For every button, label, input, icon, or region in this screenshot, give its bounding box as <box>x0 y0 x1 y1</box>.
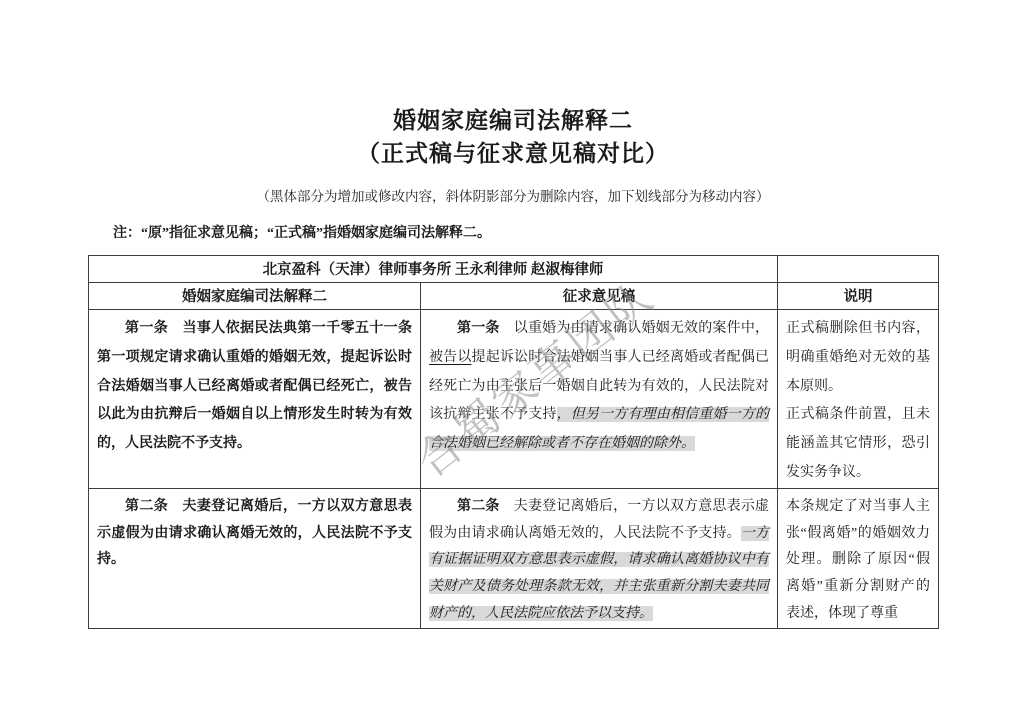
document-page: { "page": { "title_line1": "婚姻家庭编司法解释二",… <box>0 0 1024 724</box>
article2-notes-cell: 本条规定了对当事人主张“假离婚”的婚姻效力处理。删除了原因“假离婚”重新分割财产… <box>778 488 939 628</box>
article1-draft-cell: 第一条 以重婚为由请求确认婚姻无效的案件中，被告以提起诉讼时合法婚姻当事人已经离… <box>421 310 778 489</box>
article1-official-cell: 第一条 当事人依据民法典第一千零五十一条第一项规定请求确认重婚的婚姻无效，提起诉… <box>89 310 421 489</box>
page-title: 婚姻家庭编司法解释二 （正式稿与征求意见稿对比） <box>88 104 938 170</box>
article1-official-text: 第一条 当事人依据民法典第一千零五十一条第一项规定请求确认重婚的婚姻无效，提起诉… <box>97 315 412 459</box>
column-header-notes: 说明 <box>778 283 939 310</box>
table-row-article2: 第二条 夫妻登记离婚后，一方以双方意思表示虚假为由请求确认离婚无效的，人民法院不… <box>89 488 939 628</box>
article2-official-cell: 第二条 夫妻登记离婚后，一方以双方意思表示虚假为由请求确认离婚无效的，人民法院不… <box>89 488 421 628</box>
column-header-official: 婚姻家庭编司法解释二 <box>89 283 421 310</box>
article1-notes-cell: 正式稿删除但书内容，明确重婚绝对无效的基本原则。正式稿条件前置，且未能涵盖其它情… <box>778 310 939 489</box>
page-content: 婚姻家庭编司法解释二 （正式稿与征求意见稿对比） （黑体部分为增加或修改内容，斜… <box>88 0 938 629</box>
table-row-article1: 第一条 当事人依据民法典第一千零五十一条第一项规定请求确认重婚的婚姻无效，提起诉… <box>89 310 939 489</box>
article2-official-text: 第二条 夫妻登记离婚后，一方以双方意思表示虚假为由请求确认离婚无效的，人民法院不… <box>97 494 412 574</box>
firm-header-cell: 北京盈科（天津）律师事务所 王永利律师 赵淑梅律师 <box>89 256 778 283</box>
column-header-draft: 征求意见稿 <box>421 283 778 310</box>
article2-draft-cell: 第二条 夫妻登记离婚后，一方以双方意思表示虚假为由请求确认离婚无效的，人民法院不… <box>421 488 778 628</box>
page-title-line1: 婚姻家庭编司法解释二 <box>88 104 938 137</box>
comparison-table: 北京盈科（天津）律师事务所 王永利律师 赵淑梅律师 婚姻家庭编司法解释二 征求意… <box>88 255 939 629</box>
page-title-line2: （正式稿与征求意见稿对比） <box>88 137 938 170</box>
article2-draft-text: 第二条 夫妻登记离婚后，一方以双方意思表示虚假为由请求确认离婚无效的，人民法院不… <box>429 494 769 628</box>
firm-header-empty-cell <box>778 256 939 283</box>
firm-header-row: 北京盈科（天津）律师事务所 王永利律师 赵淑梅律师 <box>89 256 939 283</box>
column-header-row: 婚姻家庭编司法解释二 征求意见稿 说明 <box>89 283 939 310</box>
formatting-legend: （黑体部分为增加或修改内容，斜体阴影部分为删除内容，加下划线部分为移动内容） <box>88 185 938 205</box>
article1-draft-text: 第一条 以重婚为由请求确认婚姻无效的案件中，被告以提起诉讼时合法婚姻当事人已经离… <box>429 315 769 459</box>
editor-note: 注：“原”指征求意见稿；“正式稿”指婚姻家庭编司法解释二。 <box>88 222 938 242</box>
